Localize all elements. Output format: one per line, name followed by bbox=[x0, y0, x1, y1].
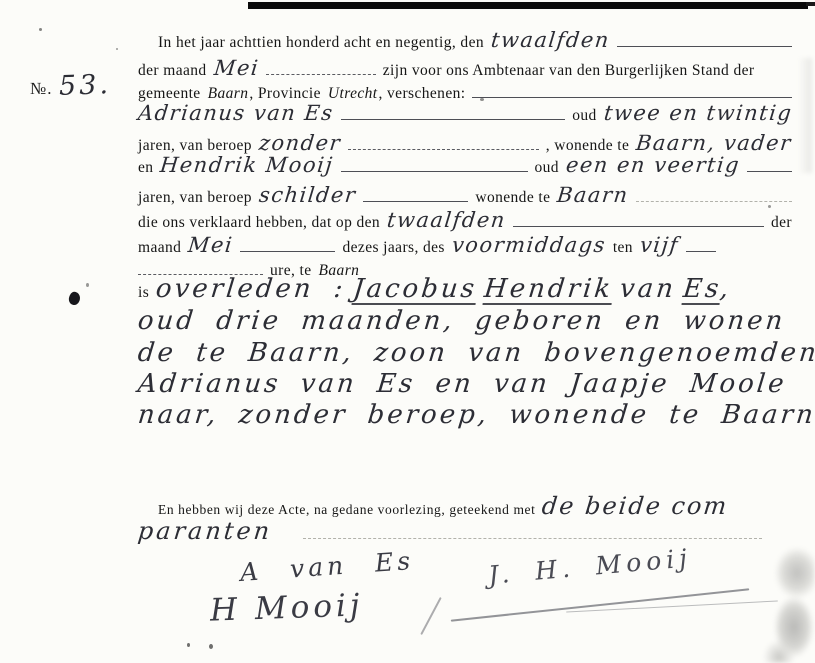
line-year: In het jaar achttien honderd acht en neg… bbox=[138, 30, 792, 52]
blank-line bbox=[341, 168, 528, 172]
handwritten-daypart: voormiddags bbox=[451, 235, 607, 256]
death-certificate-scan: №.53. In het jaar achttien honderd acht … bbox=[0, 0, 815, 663]
handwritten-parents: Adrianus van Es en van Jaapje Moole bbox=[137, 371, 788, 397]
handwritten-deceased-middlename: Hendrik bbox=[482, 276, 614, 305]
handwritten-declarant2-occupation: schilder bbox=[258, 185, 358, 206]
line-deceased: is overleden : Jacobus Hendrik van Es , bbox=[138, 276, 792, 305]
line-death-time: maand Mei dezes jaars, des voormiddags t… bbox=[138, 235, 792, 257]
line-closing2: paranten bbox=[138, 517, 792, 545]
handwritten-age-birth: oud drie maanden, geboren en wonen bbox=[137, 308, 787, 334]
blank-line bbox=[636, 198, 792, 202]
scan-speck bbox=[209, 644, 213, 649]
blank-line bbox=[617, 43, 792, 47]
printed-dezes-jaars-label: dezes jaars, des bbox=[342, 239, 444, 257]
blank-line bbox=[513, 223, 764, 227]
handwritten-death-day: twaalfden bbox=[386, 210, 507, 231]
blank-line bbox=[240, 248, 335, 252]
blank-line bbox=[686, 248, 716, 252]
scan-speck bbox=[39, 28, 42, 31]
handwritten-mother-occupation: naar, zonder beroep, wonende te Baarn. bbox=[137, 402, 815, 428]
handwritten-deceased-surname: Es bbox=[681, 276, 722, 305]
top-border-nub bbox=[806, 2, 815, 6]
blank-line bbox=[341, 116, 566, 120]
handwritten-month: Mei bbox=[212, 58, 259, 79]
scan-smudge bbox=[755, 543, 815, 663]
scan-speck bbox=[480, 98, 484, 101]
handwritten-death-month: Mei bbox=[187, 235, 234, 256]
handwritten-day: twaalfden bbox=[490, 30, 611, 51]
printed-oud-label: oud bbox=[535, 159, 559, 177]
handwritten-overleden: overleden : bbox=[155, 276, 347, 302]
printed-verschenen-label: , verschenen: bbox=[378, 85, 465, 103]
line-parents: Adrianus van Es en van Jaapje Moole bbox=[138, 371, 792, 397]
line-deceased-residence: de te Baarn, zoon van bovengenoemden bbox=[138, 340, 792, 366]
printed-official-text: zijn voor ons Ambtenaar van den Burgerli… bbox=[383, 62, 755, 80]
scan-edge-shadow bbox=[798, 58, 812, 173]
signature-registrar: J. H. Mooij bbox=[487, 543, 693, 590]
signature-flourish bbox=[420, 597, 441, 635]
handwritten-residence-son: de te Baarn, zoon van bovengenoemden bbox=[137, 340, 815, 366]
blank-line bbox=[363, 198, 468, 202]
ink-blot bbox=[67, 291, 82, 307]
handwritten-hour: vijf bbox=[639, 235, 680, 256]
line-declaration-day: die ons verklaard hebben, dat op den twa… bbox=[138, 210, 792, 232]
printed-maand-label: maand bbox=[138, 239, 181, 257]
line-deceased-age: oud drie maanden, geboren en wonen bbox=[138, 308, 792, 334]
handwritten-comma: , bbox=[719, 276, 733, 302]
printed-oud-label: oud bbox=[572, 107, 596, 125]
printed-closing-text: En hebben wij deze Acte, na gedane voorl… bbox=[158, 502, 535, 518]
printed-beroep-label: jaren, van beroep bbox=[138, 189, 252, 207]
handwritten-declarant1-occupation: zonder bbox=[258, 133, 342, 154]
signature-declarant2: H Mooij bbox=[209, 587, 364, 628]
record-number: №.53. bbox=[30, 70, 111, 101]
printed-year-text: In het jaar achttien honderd acht en neg… bbox=[158, 34, 484, 52]
printed-en-label: en bbox=[138, 159, 153, 177]
printed-der-label: der bbox=[771, 214, 792, 232]
handwritten-van: van bbox=[618, 276, 677, 302]
line-closing: En hebben wij deze Acte, na gedane voorl… bbox=[138, 492, 792, 520]
scan-speck bbox=[86, 283, 89, 287]
handwritten-deceased-firstname: Jacobus bbox=[351, 276, 478, 305]
handwritten-comparanten-2: paranten bbox=[137, 517, 274, 545]
printed-ten-label: ten bbox=[613, 239, 633, 257]
line-declarant2-occupation: jaren, van beroep schilder wonende te Ba… bbox=[138, 185, 792, 207]
printed-verklaard-text: die ons verklaard hebben, dat op den bbox=[138, 214, 380, 232]
printed-wonende-label: wonende te bbox=[475, 189, 550, 207]
scan-speck bbox=[768, 205, 771, 208]
line-month-official: der maand Mei zijn voor ons Ambtenaar va… bbox=[138, 58, 792, 80]
line-declarant2: en Hendrik Mooij oud een en veertig bbox=[138, 155, 792, 177]
scan-speck bbox=[187, 643, 190, 647]
handwritten-declarant2-age: een en veertig bbox=[565, 155, 741, 176]
blank-line bbox=[348, 146, 539, 150]
handwritten-declarant1-residence: Baarn, vader bbox=[635, 133, 793, 154]
scan-speck bbox=[116, 48, 118, 50]
signature-flourish bbox=[566, 600, 778, 612]
handwritten-declarant2-name: Hendrik Mooij bbox=[159, 155, 335, 176]
handwritten-declarant1-name: Adrianus van Es bbox=[137, 103, 335, 124]
signature-declarant1: A van Es bbox=[239, 546, 415, 587]
printed-month-label: der maand bbox=[138, 62, 207, 80]
printed-is-label: is bbox=[138, 284, 149, 302]
blank-line bbox=[303, 535, 762, 539]
line-mother-occupation: naar, zonder beroep, wonende te Baarn. bbox=[138, 402, 792, 428]
top-border-bar bbox=[248, 2, 808, 9]
line-declarant1: Adrianus van Es oud twee en twintig bbox=[138, 103, 792, 125]
handwritten-declarant2-residence: Baarn bbox=[556, 185, 630, 206]
record-number-value: 53. bbox=[59, 69, 112, 102]
handwritten-declarant1-age: twee en twintig bbox=[603, 103, 794, 124]
blank-line bbox=[747, 168, 792, 172]
blank-line bbox=[472, 94, 792, 98]
record-number-label: №. bbox=[30, 79, 52, 98]
blank-line bbox=[266, 71, 376, 75]
line-declarant1-occupation: jaren, van beroep zonder , wonende te Ba… bbox=[138, 133, 792, 155]
handwritten-comparanten-1: de beide com bbox=[541, 492, 730, 520]
